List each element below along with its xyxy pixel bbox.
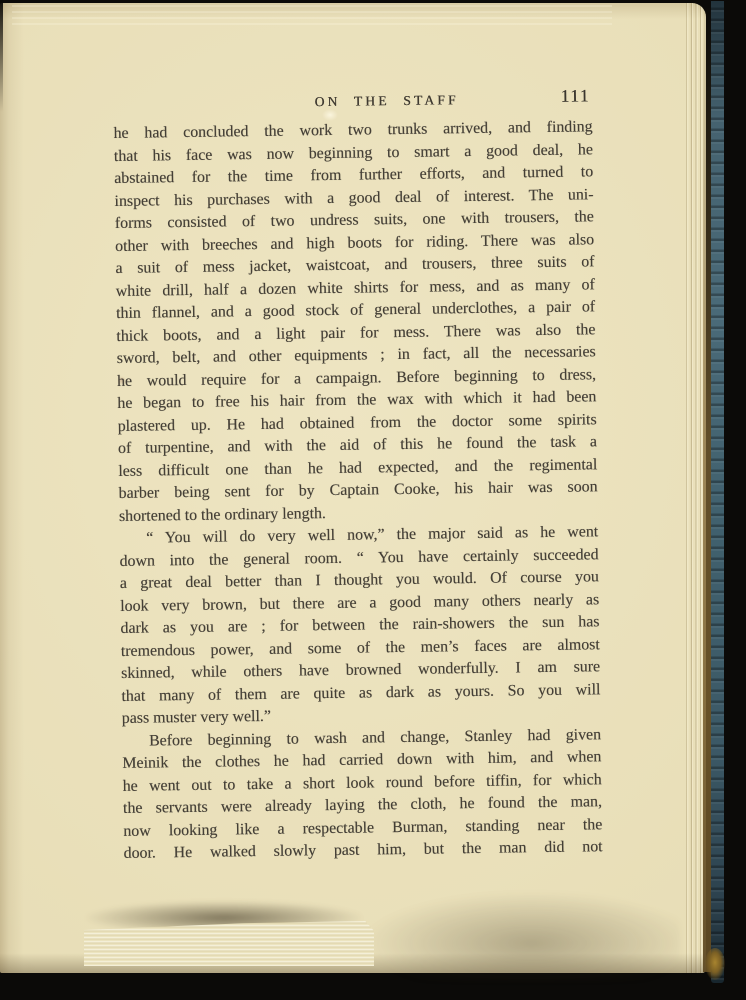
body-text: he had concluded the work two trunks arr… <box>113 116 602 865</box>
running-title: ON THE STAFF <box>314 92 458 110</box>
book-page: ON THE STAFF 111 he had concluded the wo… <box>0 3 706 973</box>
top-page-edges-texture <box>12 5 612 25</box>
cover-corner-wear <box>705 948 725 980</box>
scanned-book-photo: ON THE STAFF 111 he had concluded the wo… <box>0 0 746 1000</box>
page-header: ON THE STAFF 111 <box>113 88 592 113</box>
page-number: 111 <box>560 85 590 106</box>
scan-left-edge-shadow <box>0 0 3 112</box>
page-bottom-shadow <box>350 888 680 980</box>
book-cover-edge <box>711 1 724 983</box>
text-block: ON THE STAFF 111 he had concluded the wo… <box>113 88 603 865</box>
